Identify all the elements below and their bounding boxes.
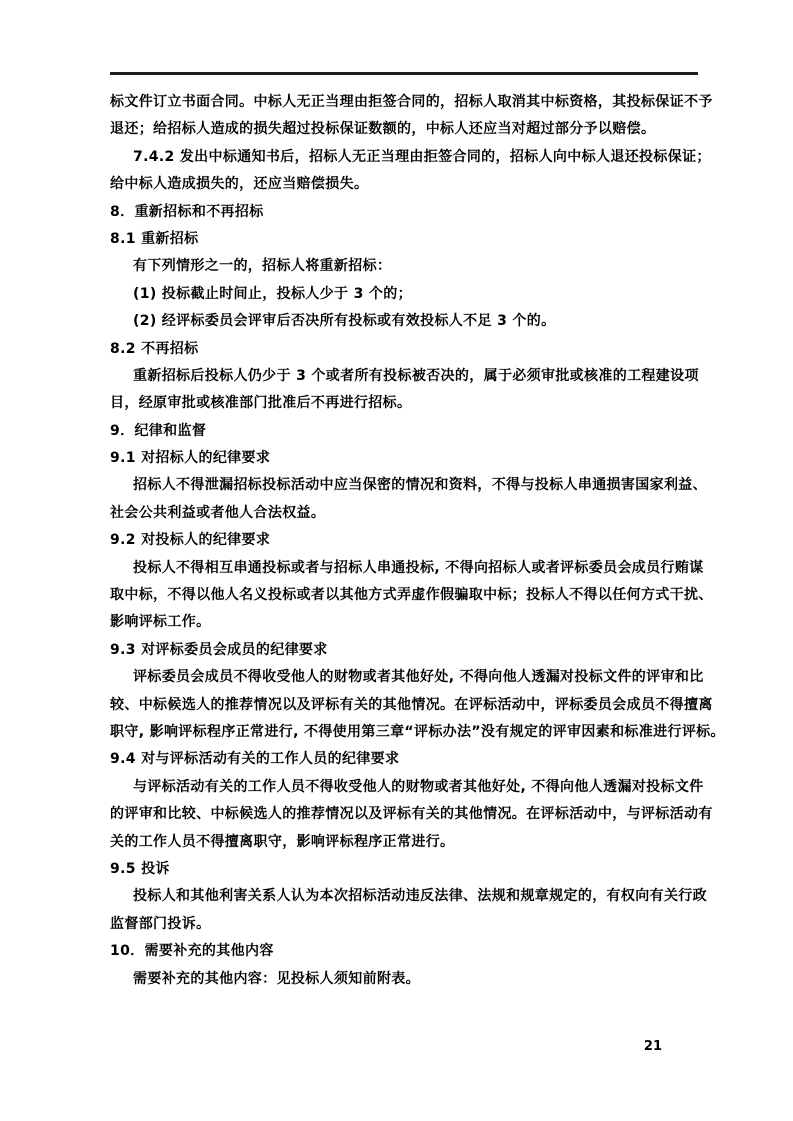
document-body: 标文件订立书面合同。中标人无正当理由拒签合同的，招标人取消其中标资格，其投标保证… (110, 89, 698, 993)
paragraph-line: 7.4.2 发出中标通知书后，招标人无正当理由拒签合同的，招标人向中标人退还投标… (110, 144, 698, 171)
paragraph-line: 需要补充的其他内容：见投标人须知前附表。 (110, 966, 698, 993)
document-page: 标文件订立书面合同。中标人无正当理由拒签合同的，招标人取消其中标资格，其投标保证… (0, 0, 793, 1121)
paragraph-line: 社会公共利益或者他人合法权益。 (110, 500, 698, 527)
section-heading: 9.1 对招标人的纪律要求 (110, 445, 698, 472)
paragraph-line: (1) 投标截止时间止，投标人少于 3 个的； (110, 281, 698, 308)
paragraph-line: 投标人和其他利害关系人认为本次招标活动违反法律、法规和规章规定的，有权向有关行政 (110, 883, 698, 910)
paragraph-line: (2) 经评标委员会评审后否决所有投标或有效投标人不足 3 个的。 (110, 308, 698, 335)
paragraph-line: 给中标人造成损失的，还应当赔偿损失。 (110, 171, 698, 198)
paragraph-line: 标文件订立书面合同。中标人无正当理由拒签合同的，招标人取消其中标资格，其投标保证… (110, 89, 698, 116)
section-heading: 8.1 重新招标 (110, 226, 698, 253)
header-rule (110, 72, 698, 75)
paragraph-line: 与评标活动有关的工作人员不得收受他人的财物或者其他好处, 不得向他人透漏对投标文… (110, 774, 698, 801)
paragraph-line: 影响评标工作。 (110, 609, 698, 636)
paragraph-line: 评标委员会成员不得收受他人的财物或者其他好处, 不得向他人透漏对投标文件的评审和… (110, 664, 698, 691)
section-heading: 8．重新招标和不再招标 (110, 199, 698, 226)
section-heading: 9．纪律和监督 (110, 418, 698, 445)
section-heading: 9.3 对评标委员会成员的纪律要求 (110, 637, 698, 664)
paragraph-line: 招标人不得泄漏招标投标活动中应当保密的情况和资料，不得与投标人串通损害国家利益、 (110, 472, 698, 499)
section-heading: 8.2 不再招标 (110, 336, 698, 363)
section-heading: 10．需要补充的其他内容 (110, 938, 698, 965)
section-heading: 9.2 对投标人的纪律要求 (110, 527, 698, 554)
paragraph-line: 重新招标后投标人仍少于 3 个或者所有投标被否决的，属于必须审批或核准的工程建设… (110, 363, 698, 390)
paragraph-line: 退还；给招标人造成的损失超过投标保证数额的，中标人还应当对超过部分予以赔偿。 (110, 116, 698, 143)
section-heading: 9.4 对与评标活动有关的工作人员的纪律要求 (110, 746, 698, 773)
paragraph-line: 较、中标候选人的推荐情况以及评标有关的其他情况。在评标活动中，评标委员会成员不得… (110, 692, 698, 719)
paragraph-line: 的评审和比较、中标候选人的推荐情况以及评标有关的其他情况。在评标活动中，与评标活… (110, 801, 698, 828)
paragraph-line: 有下列情形之一的，招标人将重新招标： (110, 253, 698, 280)
section-heading: 9.5 投诉 (110, 856, 698, 883)
paragraph-line: 取中标，不得以他人名义投标或者以其他方式弄虚作假骗取中标；投标人不得以任何方式干… (110, 582, 698, 609)
paragraph-line: 关的工作人员不得擅离职守，影响评标程序正常进行。 (110, 829, 698, 856)
paragraph-line: 目，经原审批或核准部门批准后不再进行招标。 (110, 390, 698, 417)
page-number: 21 (440, 1039, 680, 1054)
paragraph-line: 投标人不得相互串通投标或者与招标人串通投标, 不得向招标人或者评标委员会成员行贿… (110, 555, 698, 582)
paragraph-line: 职守, 影响评标程序正常进行, 不得使用第三章“评标办法”没有规定的评审因素和标… (110, 719, 698, 746)
paragraph-line: 监督部门投诉。 (110, 911, 698, 938)
